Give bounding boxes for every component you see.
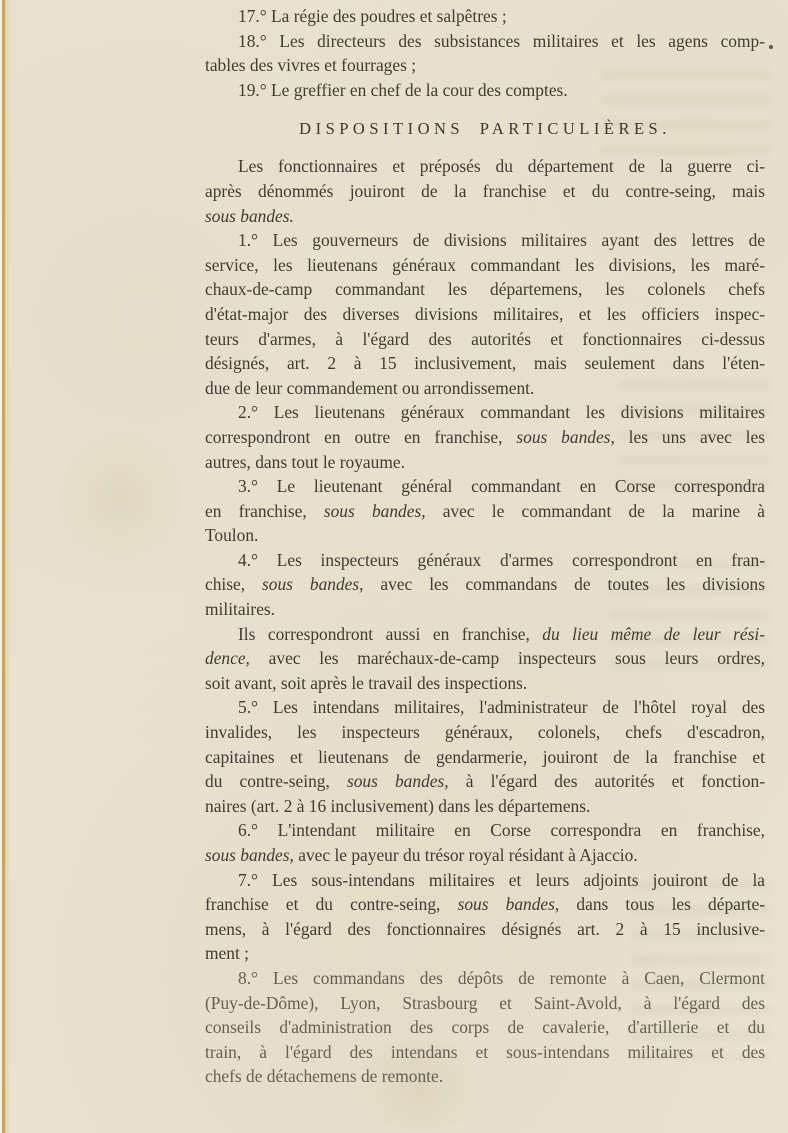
text-line: (Puy-de-Dôme), Lyon, Strasbourg et Saint… bbox=[205, 991, 765, 1016]
italic-text-segment: dence, bbox=[205, 648, 250, 668]
section-heading: DISPOSITIONS PARTICULIÈRES. bbox=[205, 112, 765, 146]
text-line: sous bandes. bbox=[205, 204, 765, 229]
italic-text-segment: sous bandes. bbox=[205, 206, 294, 226]
text-segment: 8.° Les commandans des dépôts de remonte… bbox=[238, 968, 765, 988]
text-segment: autres, dans tout le royaume. bbox=[205, 452, 405, 472]
italic-text-segment: du lieu même de leur rési- bbox=[542, 624, 765, 644]
text-segment: tables des vivres et fourrages ; bbox=[205, 55, 416, 75]
paper-stain bbox=[60, 420, 180, 580]
text-segment: franchise et du contre-seing, bbox=[205, 894, 458, 914]
text-segment: du contre-seing, bbox=[205, 771, 347, 791]
text-line: 1.° Les gouverneurs de divisions militai… bbox=[205, 228, 765, 253]
text-segment: teurs d'armes, à l'égard des autorités e… bbox=[205, 329, 765, 349]
text-segment: naires (art. 2 à 16 inclusivement) dans … bbox=[205, 796, 590, 816]
text-line: sous bandes, avec le payeur du trésor ro… bbox=[205, 843, 765, 868]
text-line: mens, à l'égard des fonctionnaires désig… bbox=[205, 917, 765, 942]
text-segment: 17.° La régie des poudres et salpêtres ; bbox=[238, 6, 507, 26]
text-line: du contre-seing, sous bandes, à l'égard … bbox=[205, 769, 765, 794]
text-segment: Toulon. bbox=[205, 525, 258, 545]
text-line: 17.° La régie des poudres et salpêtres ; bbox=[205, 4, 765, 29]
text-segment: chefs de détachemens de remonte. bbox=[205, 1066, 443, 1086]
text-segment: Ils correspondront aussi en franchise, bbox=[238, 624, 542, 644]
text-segment: Les fonctionnaires et préposés du départ… bbox=[238, 156, 765, 176]
text-line: tables des vivres et fourrages ; bbox=[205, 53, 765, 78]
text-line: 19.° Le greffier en chef de la cour des … bbox=[205, 78, 765, 103]
text-segment: due de leur commandement ou arrondisseme… bbox=[205, 378, 534, 398]
text-line: Les fonctionnaires et préposés du départ… bbox=[205, 154, 765, 179]
text-segment: après dénommés jouiront de la franchise … bbox=[205, 181, 765, 201]
text-line: 7.° Les sous-intendans militaires et leu… bbox=[205, 868, 765, 893]
text-line: désignés, art. 2 à 15 inclusivement, mai… bbox=[205, 351, 765, 376]
text-line: 18.° Les directeurs des subsistances mil… bbox=[205, 29, 765, 54]
text-segment: avec les maréchaux-de-camp inspecteurs s… bbox=[250, 648, 765, 668]
numbered-list-end: 17.° La régie des poudres et salpêtres ;… bbox=[205, 4, 765, 102]
text-segment: invalides, les inspecteurs généraux, col… bbox=[205, 722, 765, 742]
text-line: franchise et du contre-seing, sous bande… bbox=[205, 892, 765, 917]
text-segment: soit avant, soit après le travail des in… bbox=[205, 673, 527, 693]
text-segment: en franchise, bbox=[205, 501, 324, 521]
text-segment: chaux-de-camp commandant les départemens… bbox=[205, 279, 765, 299]
italic-text-segment: sous bandes, bbox=[347, 771, 449, 791]
text-segment: avec le commandant de la marine à bbox=[426, 501, 765, 521]
text-line: capitaines et lieutenans de gendarmerie,… bbox=[205, 745, 765, 770]
text-line: autres, dans tout le royaume. bbox=[205, 450, 765, 475]
text-segment: les uns avec les bbox=[615, 427, 765, 447]
text-line: invalides, les inspecteurs généraux, col… bbox=[205, 720, 765, 745]
text-line: 3.° Le lieutenant général commandant en … bbox=[205, 474, 765, 499]
text-line: soit avant, soit après le travail des in… bbox=[205, 671, 765, 696]
text-line: conseils d'administration des corps de c… bbox=[205, 1015, 765, 1040]
text-line: 6.° L'intendant militaire en Corse corre… bbox=[205, 818, 765, 843]
text-line: 2.° Les lieutenans généraux commandant l… bbox=[205, 400, 765, 425]
text-line: due de leur commandement ou arrondisseme… bbox=[205, 376, 765, 401]
text-segment: 2.° Les lieutenans généraux commandant l… bbox=[238, 402, 765, 422]
text-segment: à l'égard des autorités et fonction- bbox=[449, 771, 765, 791]
text-line: après dénommés jouiront de la franchise … bbox=[205, 179, 765, 204]
text-line: service, les lieutenans généraux command… bbox=[205, 253, 765, 278]
text-line: naires (art. 2 à 16 inclusivement) dans … bbox=[205, 794, 765, 819]
text-line: chefs de détachemens de remonte. bbox=[205, 1064, 765, 1089]
text-line: dence, avec les maréchaux-de-camp inspec… bbox=[205, 646, 765, 671]
section-body: Les fonctionnaires et préposés du départ… bbox=[205, 154, 765, 1089]
text-line: militaires. bbox=[205, 597, 765, 622]
text-segment: avec les commandans de toutes les divisi… bbox=[364, 574, 766, 594]
text-line: teurs d'armes, à l'égard des autorités e… bbox=[205, 327, 765, 352]
text-segment: 19.° Le greffier en chef de la cour des … bbox=[238, 80, 568, 100]
italic-text-segment: sous bandes, bbox=[324, 501, 426, 521]
text-segment: conseils d'administration des corps de c… bbox=[205, 1017, 765, 1037]
text-segment: 3.° Le lieutenant général commandant en … bbox=[238, 476, 765, 496]
italic-text-segment: sous bandes, bbox=[262, 574, 363, 594]
text-segment: capitaines et lieutenans de gendarmerie,… bbox=[205, 747, 765, 767]
text-segment: militaires. bbox=[205, 599, 275, 619]
text-line: Toulon. bbox=[205, 523, 765, 548]
text-line: en franchise, sous bandes, avec le comma… bbox=[205, 499, 765, 524]
text-segment: avec le payeur du trésor royal résidant … bbox=[294, 845, 638, 865]
text-line: 4.° Les inspecteurs généraux d'armes cor… bbox=[205, 548, 765, 573]
italic-text-segment: sous bandes, bbox=[205, 845, 294, 865]
text-segment: 7.° Les sous-intendans militaires et leu… bbox=[238, 870, 765, 890]
text-line: chise, sous bandes, avec les commandans … bbox=[205, 572, 765, 597]
text-segment: 18.° Les directeurs des subsistances mil… bbox=[238, 31, 765, 51]
italic-text-segment: sous bandes, bbox=[516, 427, 614, 447]
text-segment: ment ; bbox=[205, 943, 249, 963]
text-line: train, à l'égard des intendans et sous-i… bbox=[205, 1040, 765, 1065]
text-line: correspondront en outre en franchise, so… bbox=[205, 425, 765, 450]
text-line: Ils correspondront aussi en franchise, d… bbox=[205, 622, 765, 647]
text-segment: chise, bbox=[205, 574, 262, 594]
text-segment: correspondront en outre en franchise, bbox=[205, 427, 516, 447]
text-segment: train, à l'égard des intendans et sous-i… bbox=[205, 1042, 765, 1062]
book-binding-edge bbox=[0, 0, 10, 1133]
text-segment: 1.° Les gouverneurs de divisions militai… bbox=[238, 230, 765, 250]
text-segment: mens, à l'égard des fonctionnaires désig… bbox=[205, 919, 765, 939]
italic-text-segment: sous bandes, bbox=[458, 894, 560, 914]
ink-speck bbox=[769, 45, 773, 49]
text-segment: 6.° L'intendant militaire en Corse corre… bbox=[238, 820, 765, 840]
text-line: ment ; bbox=[205, 941, 765, 966]
text-line: 8.° Les commandans des dépôts de remonte… bbox=[205, 966, 765, 991]
text-segment: d'état-major des diverses divisions mili… bbox=[205, 304, 765, 324]
scanned-document-page: { "colors": { "paper": "#e9e2d0", "ink":… bbox=[0, 0, 788, 1133]
text-column: 17.° La régie des poudres et salpêtres ;… bbox=[205, 4, 765, 1089]
text-segment: désignés, art. 2 à 15 inclusivement, mai… bbox=[205, 353, 765, 373]
text-segment: (Puy-de-Dôme), Lyon, Strasbourg et Saint… bbox=[205, 993, 765, 1013]
text-segment: 4.° Les inspecteurs généraux d'armes cor… bbox=[238, 550, 765, 570]
text-segment: 5.° Les intendans militaires, l'administ… bbox=[238, 697, 765, 717]
text-segment: dans tous les départe- bbox=[559, 894, 765, 914]
text-segment: service, les lieutenans généraux command… bbox=[205, 255, 765, 275]
text-line: 5.° Les intendans militaires, l'administ… bbox=[205, 695, 765, 720]
text-line: d'état-major des diverses divisions mili… bbox=[205, 302, 765, 327]
text-line: chaux-de-camp commandant les départemens… bbox=[205, 277, 765, 302]
